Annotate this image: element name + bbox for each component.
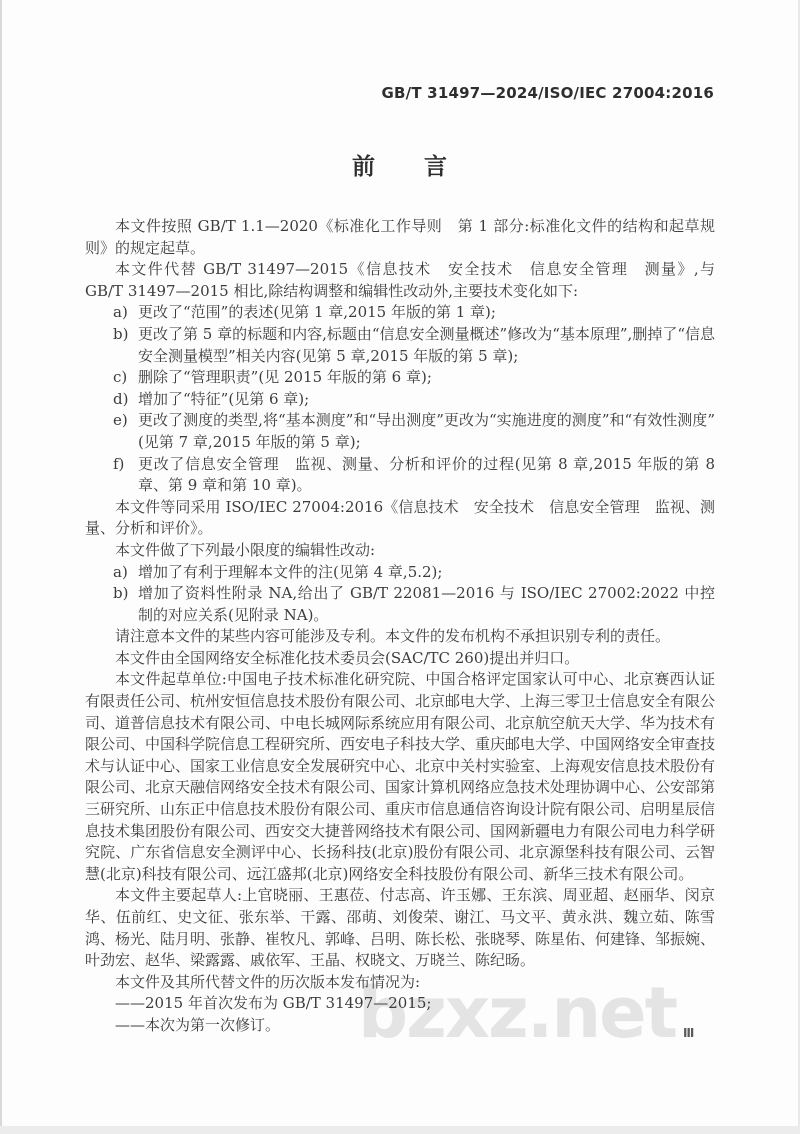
paragraph-drafters: 本文件主要起草人:上官晓丽、王惠莅、付志高、许玉娜、王东滨、周亚超、赵丽华、闵京… <box>85 885 715 971</box>
list-text: 增加了资料性附录 NA,给出了 GB/T 22081—2016 与 ISO/IE… <box>138 584 715 624</box>
list-label: f) <box>113 454 124 476</box>
page-bottom-edge <box>0 1126 800 1134</box>
list-text: 更改了“范围”的表述(见第 1 章,2015 年版的第 1 章); <box>138 303 496 321</box>
edit-item-a: a) 增加了有利于理解本文件的注(见第 4 章,5.2); <box>85 562 715 584</box>
list-label: d) <box>113 389 128 411</box>
list-label: b) <box>113 583 128 605</box>
edit-item-b: b) 增加了资料性附录 NA,给出了 GB/T 22081—2016 与 ISO… <box>85 583 715 626</box>
list-text: 更改了信息安全管理 监视、测量、分析和评价的过程(见第 8 章,2015 年版的… <box>138 455 715 495</box>
list-text: 更改了第 5 章的标题和内容,标题由“信息安全测量概述”修改为“基本原理”,删掉… <box>138 325 715 365</box>
paragraph-drafting-basis: 本文件按照 GB/T 1.1—2020《标准化工作导则 第 1 部分:标准化文件… <box>85 216 715 259</box>
foreword-body: 本文件按照 GB/T 1.1—2020《标准化工作导则 第 1 部分:标准化文件… <box>85 216 715 1037</box>
history-item-2015: ——2015 年首次发布为 GB/T 31497—2015; <box>85 993 715 1015</box>
history-item-revision: ——本次为第一次修订。 <box>85 1015 715 1037</box>
list-label: e) <box>113 410 128 432</box>
standard-code-header: GB/T 31497—2024/ISO/IEC 27004:2016 <box>382 84 715 102</box>
paragraph-patent-notice: 请注意本文件的某些内容可能涉及专利。本文件的发布机构不承担识别专利的责任。 <box>85 626 715 648</box>
change-item-d: d) 增加了“特征”(见第 6 章); <box>85 389 715 411</box>
change-item-b: b) 更改了第 5 章的标题和内容,标题由“信息安全测量概述”修改为“基本原理”… <box>85 324 715 367</box>
scanned-standard-page: bzxz.net GB/T 31497—2024/ISO/IEC 27004:2… <box>0 0 800 1134</box>
paragraph-replacement: 本文件代替 GB/T 31497—2015《信息技术 安全技术 信息安全管理 测… <box>85 259 715 302</box>
paragraph-history-intro: 本文件及其所代替文件的历次版本发布情况为: <box>85 972 715 994</box>
change-item-a: a) 更改了“范围”的表述(见第 1 章,2015 年版的第 1 章); <box>85 302 715 324</box>
paragraph-editorial-intro: 本文件做了下列最小限度的编辑性改动: <box>85 540 715 562</box>
list-text: 更改了测度的类型,将“基本测度”和“导出测度”更改为“实施进度的测度”和“有效性… <box>138 411 715 451</box>
foreword-title: 前 言 <box>0 148 800 181</box>
list-text: 增加了有利于理解本文件的注(见第 4 章,5.2); <box>138 563 442 581</box>
list-text: 增加了“特征”(见第 6 章); <box>138 390 309 408</box>
page-number: Ⅲ <box>683 1026 694 1040</box>
change-item-f: f) 更改了信息安全管理 监视、测量、分析和评价的过程(见第 8 章,2015 … <box>85 454 715 497</box>
change-item-e: e) 更改了测度的类型,将“基本测度”和“导出测度”更改为“实施进度的测度”和“… <box>85 410 715 453</box>
list-label: a) <box>113 302 128 324</box>
list-label: a) <box>113 562 128 584</box>
paragraph-committee: 本文件由全国网络安全标准化技术委员会(SAC/TC 260)提出并归口。 <box>85 648 715 670</box>
change-item-c: c) 删除了“管理职责”(见 2015 年版的第 6 章); <box>85 367 715 389</box>
list-label: b) <box>113 324 128 346</box>
paragraph-drafting-organizations: 本文件起草单位:中国电子技术标准化研究院、中国合格评定国家认可中心、北京赛西认证… <box>85 669 715 885</box>
paragraph-identical-adoption: 本文件等同采用 ISO/IEC 27004:2016《信息技术 安全技术 信息安… <box>85 497 715 540</box>
list-label: c) <box>113 367 127 389</box>
list-text: 删除了“管理职责”(见 2015 年版的第 6 章); <box>138 368 432 386</box>
